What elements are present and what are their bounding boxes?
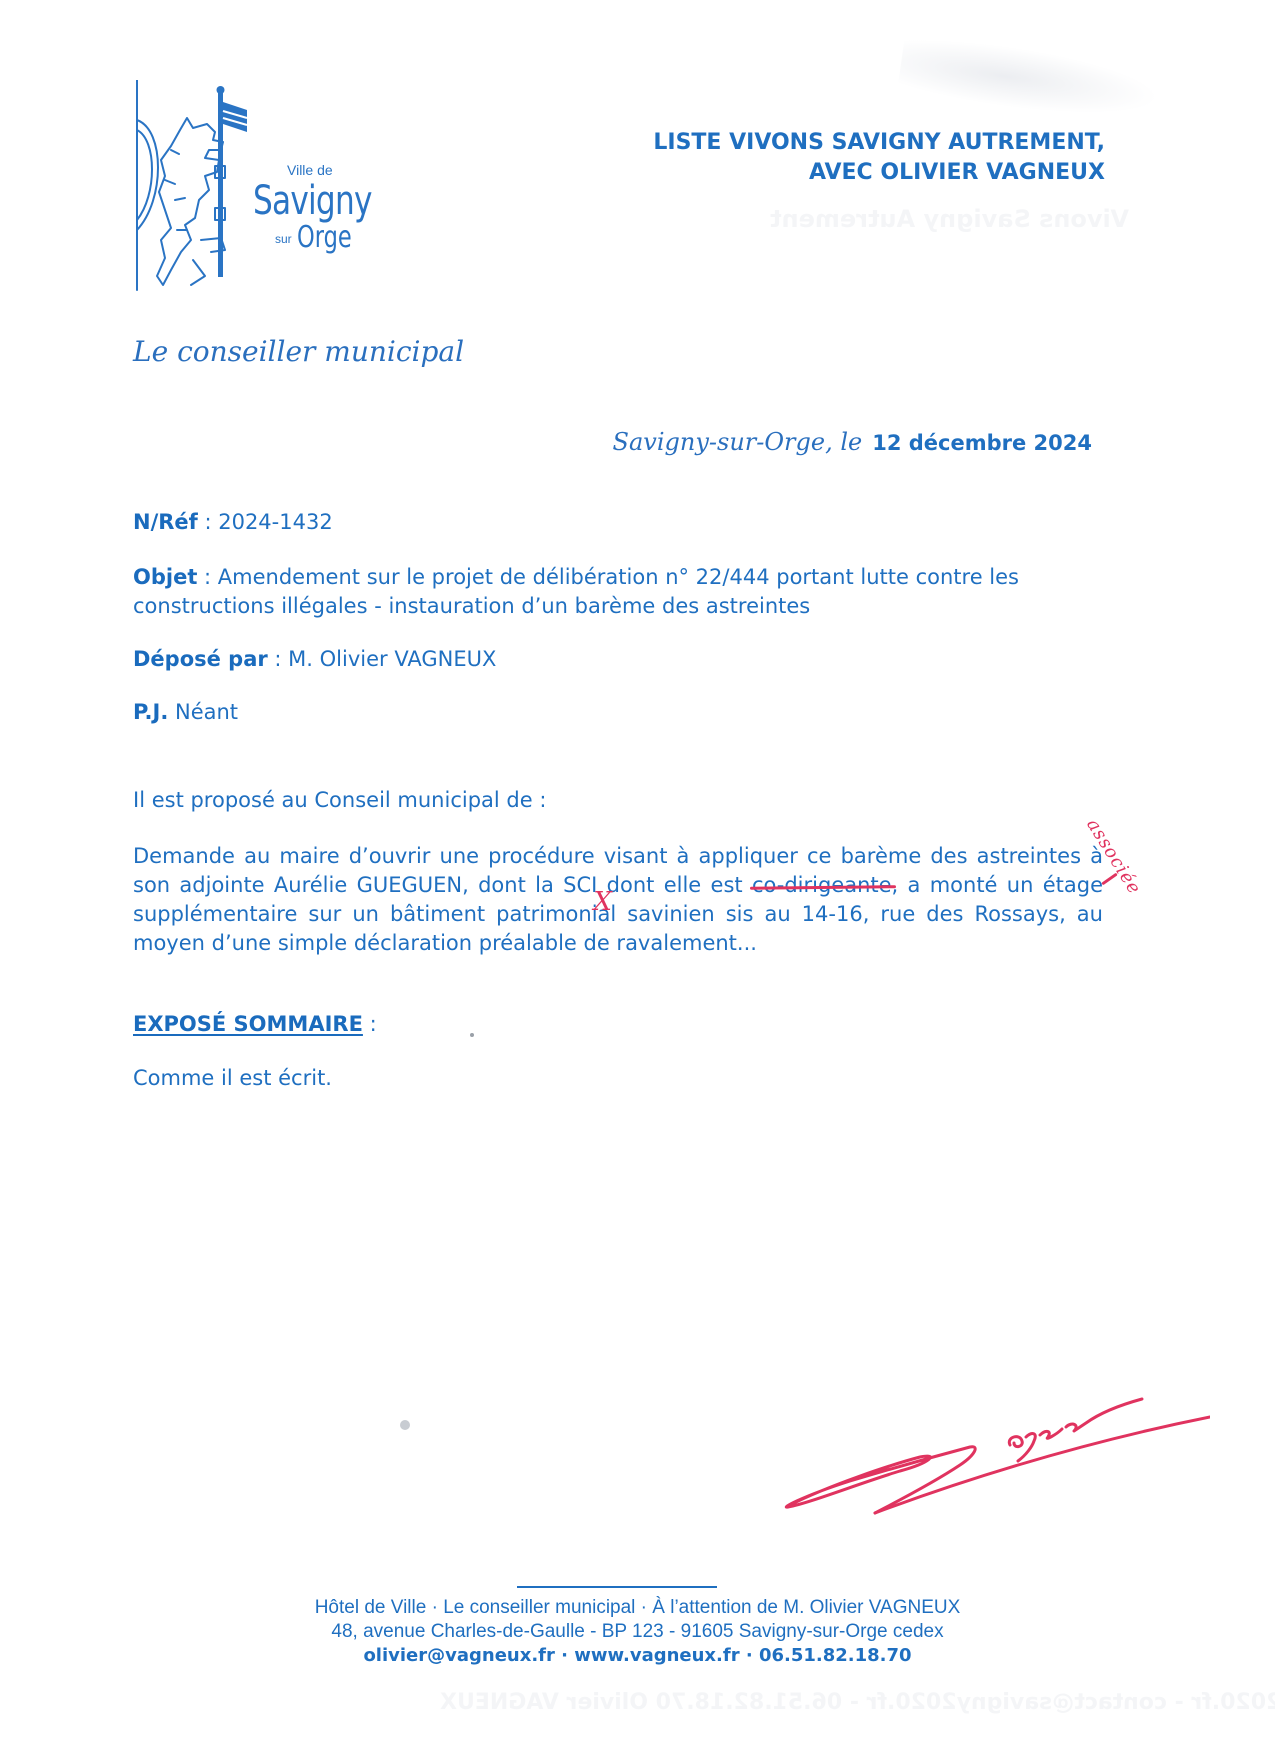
dateline-place: Savigny-sur-Orge, le — [613, 428, 863, 456]
list-name-line-1: LISTE VIVONS SAVIGNY AUTREMENT, — [653, 128, 1105, 158]
expose-text: Comme il est écrit. — [133, 1064, 332, 1093]
object-value: : Amendement sur le projet de délibérati… — [133, 565, 1019, 618]
handwritten-x-mark: X — [593, 888, 612, 917]
deposited-by-field: Déposé par : M. Olivier VAGNEUX — [133, 645, 1103, 674]
logo-ville-de: Ville de — [287, 162, 333, 178]
expose-heading: EXPOSÉ SOMMAIRE : — [133, 1010, 377, 1039]
list-name-line-2: AVEC OLIVIER VAGNEUX — [653, 158, 1105, 188]
dateline: Savigny-sur-Orge, le12 décembre 2024 — [613, 428, 1092, 456]
footer-address-line-1: Hôtel de Ville · Le conseiller municipal… — [0, 1596, 1275, 1620]
expose-title: EXPOSÉ SOMMAIRE — [133, 1012, 363, 1036]
logo-orge: Orge — [297, 220, 352, 255]
show-through-text: Vivons Savigny Autrement — [770, 205, 1129, 233]
expose-colon: : — [363, 1012, 377, 1036]
lion-emblem-icon — [135, 80, 255, 295]
scan-dust — [470, 1033, 474, 1037]
logo-sur: sur — [275, 232, 292, 246]
sender-role: Le conseiller municipal — [133, 335, 464, 368]
deposited-by-label: Déposé par — [133, 647, 268, 671]
logo-savigny: Savigny — [253, 178, 372, 224]
show-through-text: www.savigny2020.fr - contact@savigny2020… — [440, 1690, 1275, 1715]
letter-page: Vivons Savigny Autrement www.savigny2020… — [0, 0, 1275, 1754]
object-label: Objet — [133, 565, 197, 589]
footer-address-line-2: 48, avenue Charles-de-Gaulle - BP 123 - … — [0, 1620, 1275, 1644]
footer-divider — [517, 1586, 717, 1588]
proposal-paragraph: Demande au maire d’ouvrir une procédure … — [133, 842, 1103, 958]
reference-field: N/Réf : 2024-1432 — [133, 508, 1103, 537]
footer: Hôtel de Ville · Le conseiller municipal… — [0, 1596, 1275, 1668]
reference-value: : 2024-1432 — [198, 510, 333, 534]
deposited-by-value: : M. Olivier VAGNEUX — [268, 647, 497, 671]
attachments-label: P.J. — [133, 700, 168, 724]
attachments-field: P.J. Néant — [133, 698, 1103, 727]
object-field: Objet : Amendement sur le projet de déli… — [133, 563, 1103, 621]
footer-contact-line: olivier@vagneux.fr · www.vagneux.fr · 06… — [0, 1644, 1275, 1668]
reference-label: N/Réf — [133, 510, 198, 534]
proposal-text-2: dont elle est — [607, 873, 752, 897]
proposal-intro: Il est proposé au Conseil municipal de : — [133, 786, 546, 815]
struck-through-word: co-dirigeante — [752, 873, 892, 897]
city-logo: Ville de Savigny sur Orge — [135, 80, 385, 295]
dateline-date: 12 décembre 2024 — [872, 431, 1092, 455]
list-name-header: LISTE VIVONS SAVIGNY AUTREMENT, AVEC OLI… — [653, 128, 1105, 188]
scan-smudge — [897, 32, 1163, 128]
signature — [770, 1385, 1210, 1525]
scan-dust — [400, 1420, 410, 1430]
attachments-value: Néant — [168, 700, 238, 724]
